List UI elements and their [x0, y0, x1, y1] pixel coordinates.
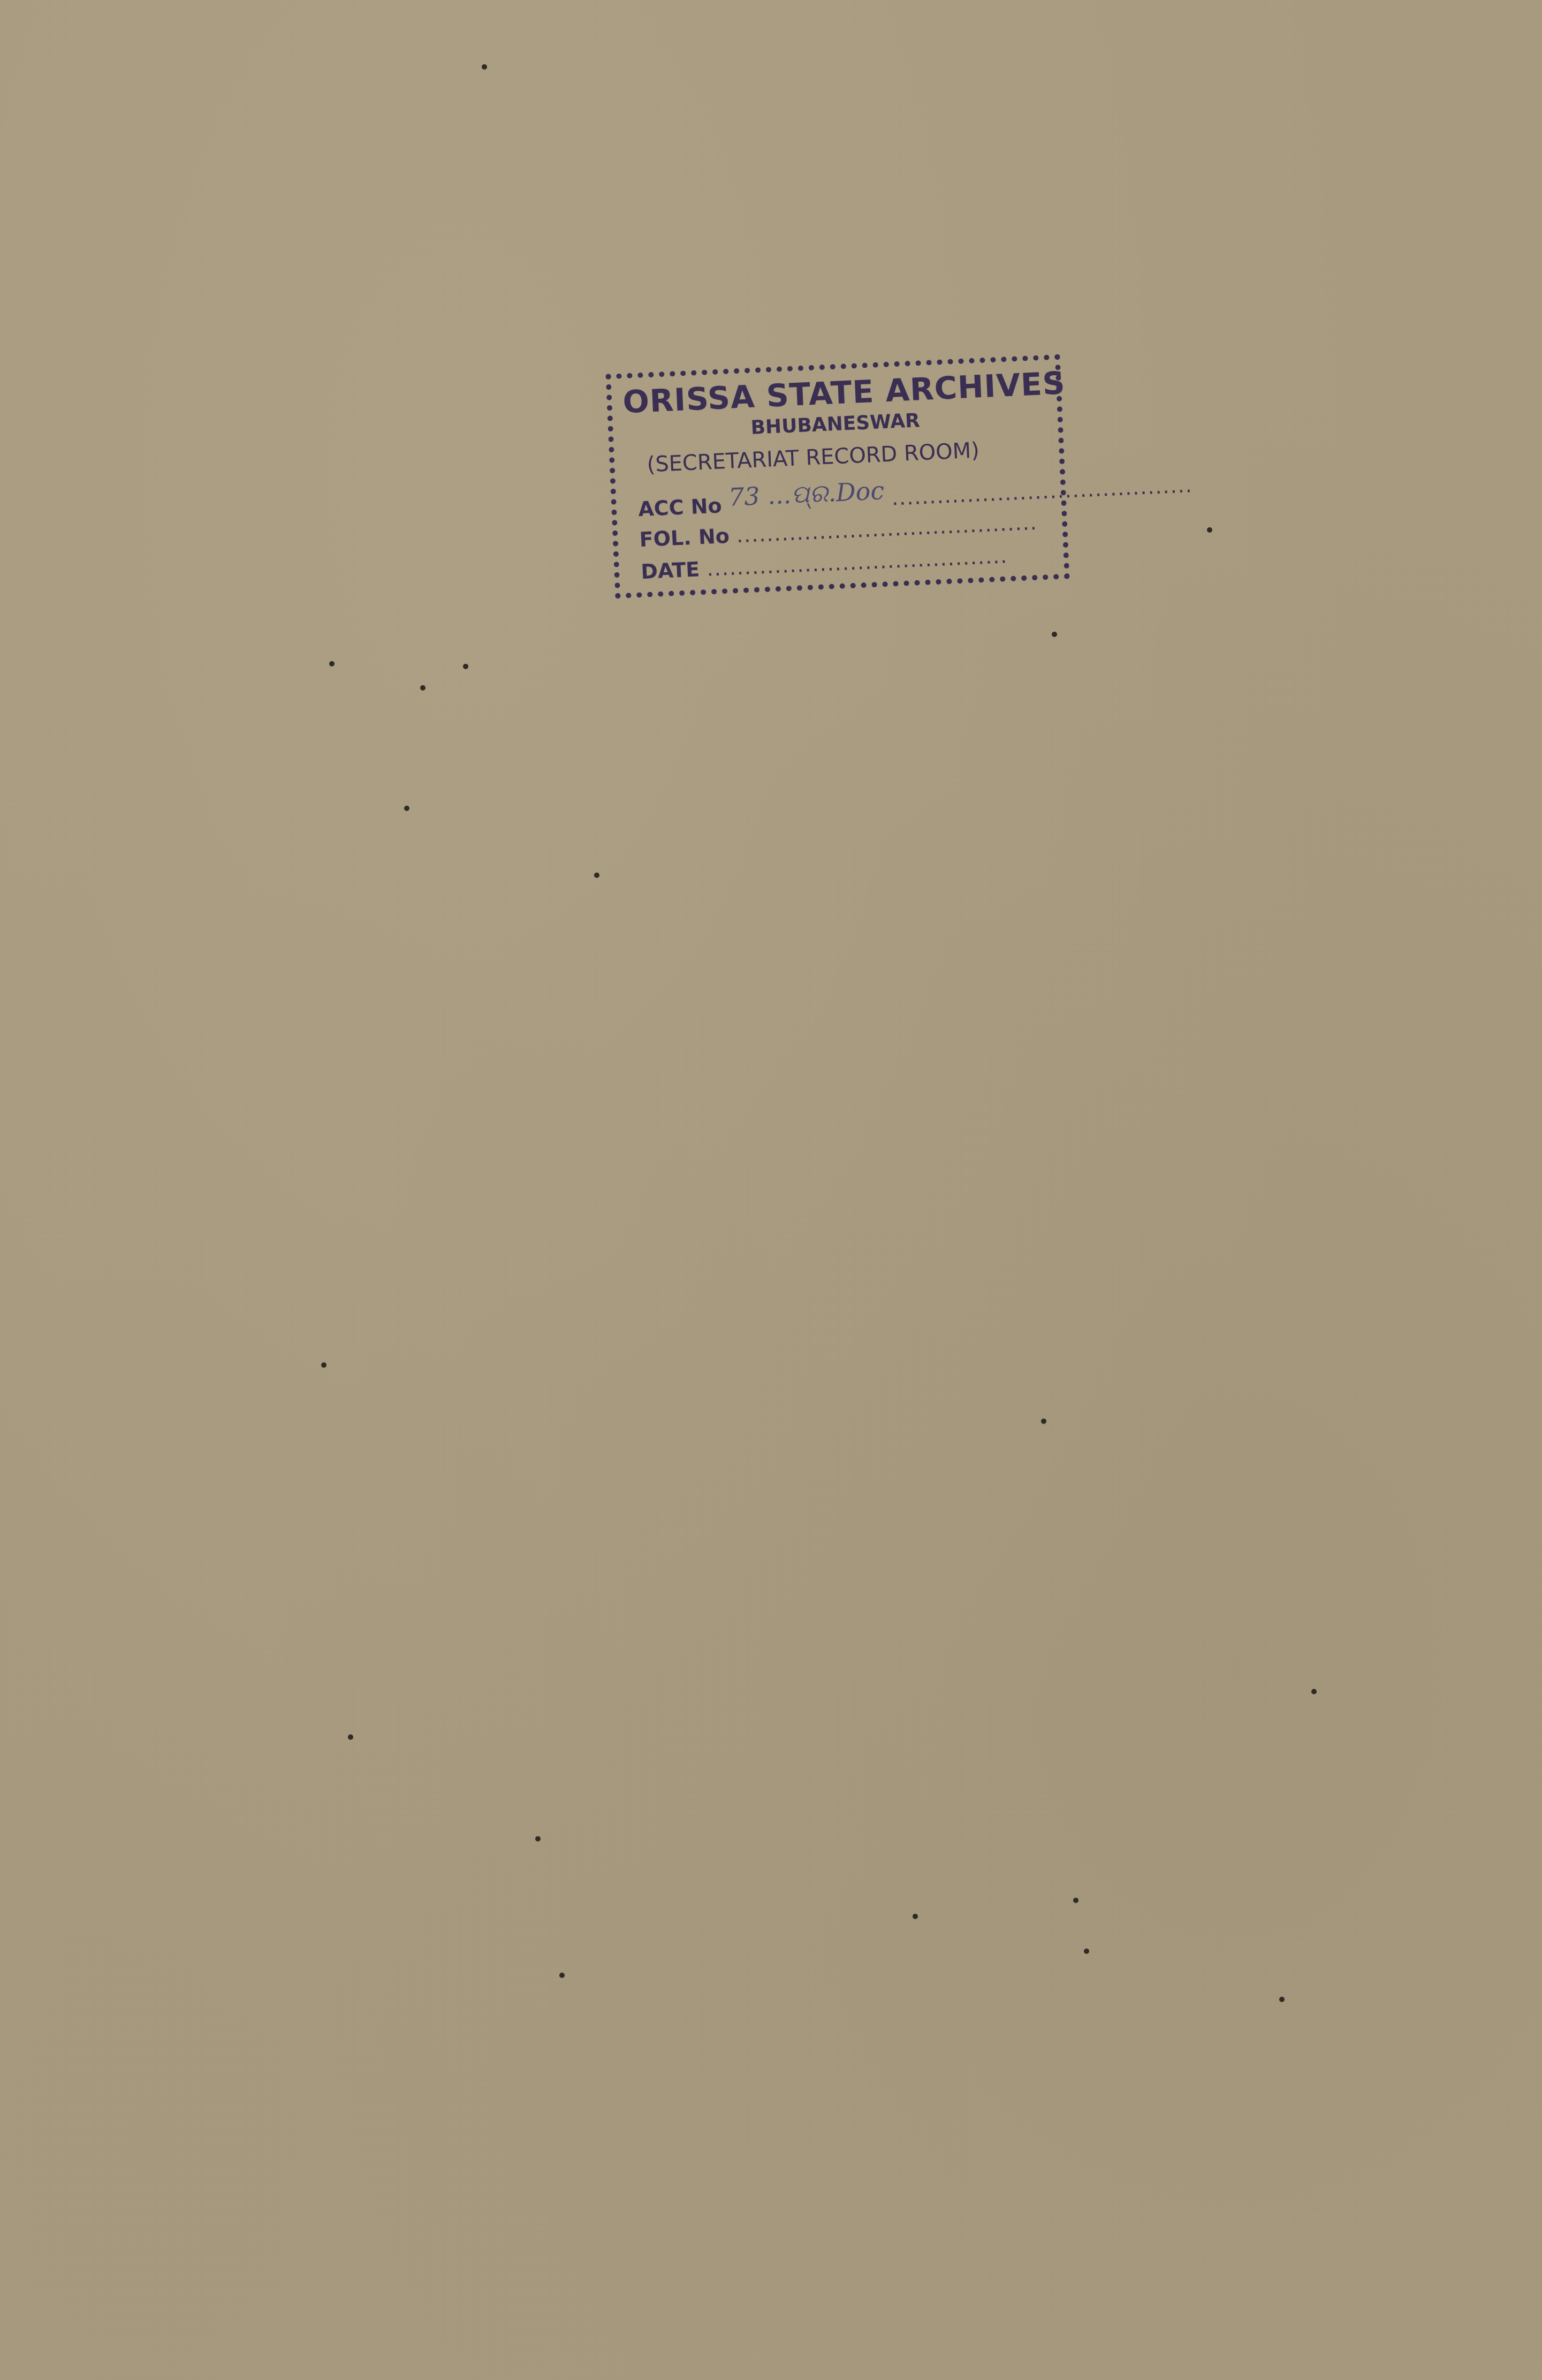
speck: [535, 1836, 541, 1841]
date-label: DATE: [640, 557, 700, 583]
speck: [1041, 1419, 1046, 1424]
speck: [404, 806, 409, 811]
speck: [1073, 1898, 1078, 1903]
speck: [1279, 1997, 1285, 2002]
speck: [1084, 1949, 1089, 1954]
speck: [594, 873, 599, 878]
speck: [913, 1914, 918, 1919]
speck: [321, 1362, 326, 1368]
fol-no-label: FOL. No: [639, 524, 730, 551]
paper-page: [0, 0, 1542, 2380]
archive-stamp: ORISSA STATE ARCHIVES BHUBANESWAR (SECRE…: [605, 354, 1070, 599]
speck: [463, 664, 468, 669]
speck: [1311, 1689, 1317, 1694]
speck: [1052, 632, 1057, 637]
speck: [329, 661, 335, 666]
speck: [348, 1734, 353, 1740]
speck: [482, 64, 487, 70]
speck: [420, 685, 426, 691]
speck: [1207, 527, 1212, 533]
acc-no-value: 73 ...ପ୍ର.Doc: [728, 476, 885, 512]
acc-no-label: ACC No: [637, 494, 722, 521]
speck: [559, 1973, 565, 1978]
